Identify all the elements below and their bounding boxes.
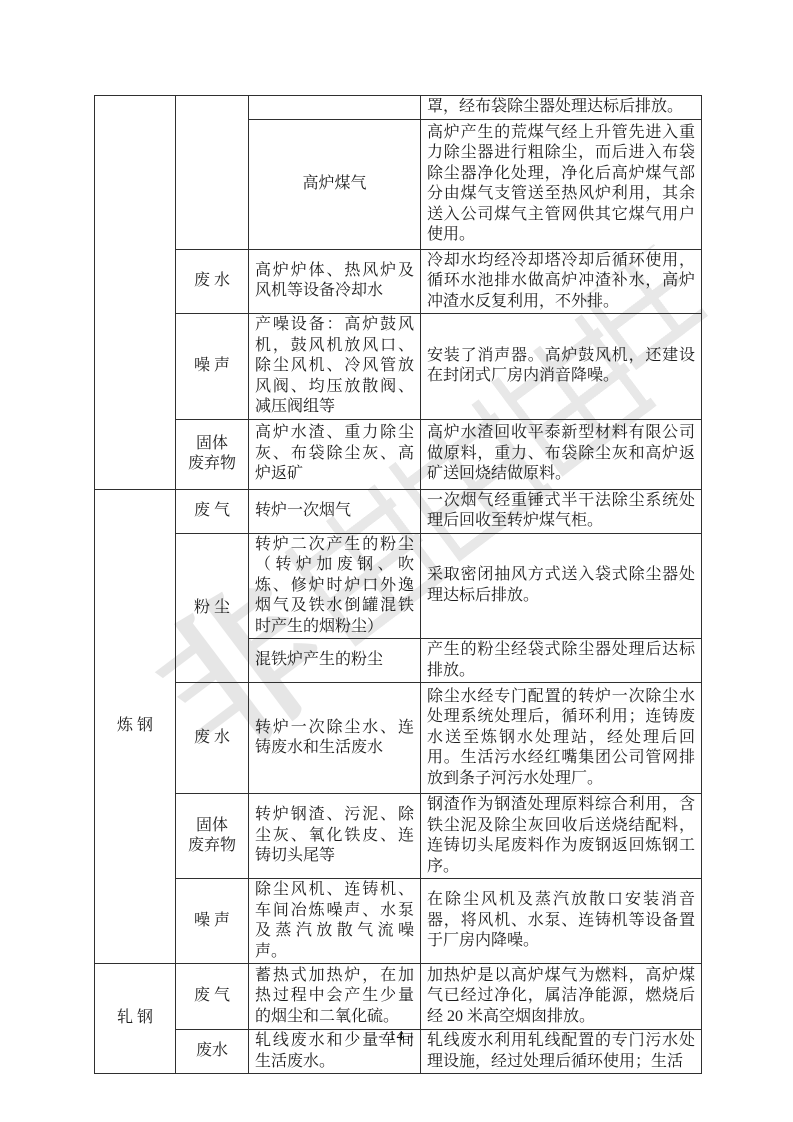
measure-cell: 加热炉是以高炉煤气为燃料，高炉煤气已经过净化，属洁净能源，燃烧后经 20 米高空… (421, 964, 702, 1030)
measure-cell: 钢渣作为钢渣处理原料综合利用，含铁尘泥及除尘灰回收后送烧结配料，连铸切头尾废料作… (421, 794, 702, 879)
source-cell: 转炉一次烟气 (249, 489, 421, 533)
category-cell: 废 水 (176, 683, 249, 794)
category-cell: 废 水 (176, 249, 249, 314)
source-cell: 高炉煤气 (249, 119, 421, 249)
table-row: 轧 钢 废 气 蓄热式加热炉，在加热过程中会产生少量的烟尘和二氧化硫。 加热炉是… (95, 964, 702, 1030)
measure-cell: 除尘水经专门配置的转炉一次除尘水处理系统处理后，循环利用；连铸废水送至炼钢水处理… (421, 683, 702, 794)
document-page: 非 罩，经布袋除尘器处理达标后排放。 高炉煤气 高炉产生的荒煤气经上升管先进入重… (0, 0, 793, 1122)
table-row: 噪 声 除尘风机、连铸机、车间冶炼噪声、水泵及蒸汽放散气流噪声。 在除尘风机及蒸… (95, 879, 702, 964)
measure-cell: 在除尘风机及蒸汽放散口安装消音器，将风机、水泵、连铸机等设备置于厂房内降噪。 (421, 879, 702, 964)
source-cell: 转炉钢渣、污泥、除尘灰、氧化铁皮、连铸切头尾等 (249, 794, 421, 879)
source-cell: 蓄热式加热炉，在加热过程中会产生少量的烟尘和二氧化硫。 (249, 964, 421, 1030)
table-row: 噪 声 产噪设备：高炉鼓风机，鼓风机放风口、除尘风机、冷风管放风阀、均压放散阀、… (95, 314, 702, 420)
table-row: 罩，经布袋除尘器处理达标后排放。 (95, 96, 702, 120)
source-cell: 高炉水渣、重力除尘灰、布袋除尘灰、高炉返矿 (249, 419, 421, 489)
table-row: 废 水 高炉炉体、热风炉及风机等设备冷却水 冷却水均经冷却塔冷却后循环使用，循环… (95, 249, 702, 314)
pollution-control-table: 罩，经布袋除尘器处理达标后排放。 高炉煤气 高炉产生的荒煤气经上升管先进入重力除… (94, 95, 702, 1074)
category-cell (176, 96, 249, 250)
measure-cell: 采取密闭抽风方式送入袋式除尘器处理达标后排放。 (421, 533, 702, 639)
source-cell (249, 96, 421, 120)
page-number: - 14 - (0, 1029, 793, 1045)
source-cell: 转炉二次产生的粉尘（转炉加废钢、吹炼、修炉时炉口外逸烟气及铁水倒罐混铁时产生的烟… (249, 533, 421, 639)
source-cell: 除尘风机、连铸机、车间冶炼噪声、水泵及蒸汽放散气流噪声。 (249, 879, 421, 964)
measure-cell: 高炉水渣回收平泰新型材料有限公司做原料，重力、布袋除尘灰和高炉返矿送回烧结做原料… (421, 419, 702, 489)
measure-cell: 罩，经布袋除尘器处理达标后排放。 (421, 96, 702, 120)
category-cell: 噪 声 (176, 879, 249, 964)
measure-cell: 冷却水均经冷却塔冷却后循环使用，循环水池排水做高炉冲渣补水，高炉冲渣水反复利用，… (421, 249, 702, 314)
measure-cell: 高炉产生的荒煤气经上升管先进入重力除尘器进行粗除尘，而后进入布袋除尘器净化处理，… (421, 119, 702, 249)
category-cell: 噪 声 (176, 314, 249, 420)
process-cell (95, 96, 176, 490)
category-cell: 固体 废弃物 (176, 794, 249, 879)
table-row: 粉 尘 转炉二次产生的粉尘（转炉加废钢、吹炼、修炉时炉口外逸烟气及铁水倒罐混铁时… (95, 533, 702, 639)
source-cell: 产噪设备：高炉鼓风机，鼓风机放风口、除尘风机、冷风管放风阀、均压放散阀、减压阀组… (249, 314, 421, 420)
category-cell: 废 气 (176, 964, 249, 1030)
measure-cell: 产生的粉尘经袋式除尘器处理后达标排放。 (421, 639, 702, 683)
category-cell: 废 气 (176, 489, 249, 533)
category-cell: 固体 废弃物 (176, 419, 249, 489)
process-cell: 炼 钢 (95, 489, 176, 964)
process-cell: 轧 钢 (95, 964, 176, 1074)
measure-cell: 一次烟气经重锤式半干法除尘系统处理后回收至转炉煤气柜。 (421, 489, 702, 533)
table-row: 固体 废弃物 高炉水渣、重力除尘灰、布袋除尘灰、高炉返矿 高炉水渣回收平泰新型材… (95, 419, 702, 489)
source-cell: 高炉炉体、热风炉及风机等设备冷却水 (249, 249, 421, 314)
measure-cell: 安装了消声器。高炉鼓风机，还建设在封闭式厂房内消音降噪。 (421, 314, 702, 420)
table-row: 废 水 转炉一次除尘水、连铸废水和生活废水 除尘水经专门配置的转炉一次除尘水处理… (95, 683, 702, 794)
source-cell: 转炉一次除尘水、连铸废水和生活废水 (249, 683, 421, 794)
table-row: 炼 钢 废 气 转炉一次烟气 一次烟气经重锤式半干法除尘系统处理后回收至转炉煤气… (95, 489, 702, 533)
table-row: 固体 废弃物 转炉钢渣、污泥、除尘灰、氧化铁皮、连铸切头尾等 钢渣作为钢渣处理原… (95, 794, 702, 879)
source-cell: 混铁炉产生的粉尘 (249, 639, 421, 683)
category-cell: 粉 尘 (176, 533, 249, 683)
